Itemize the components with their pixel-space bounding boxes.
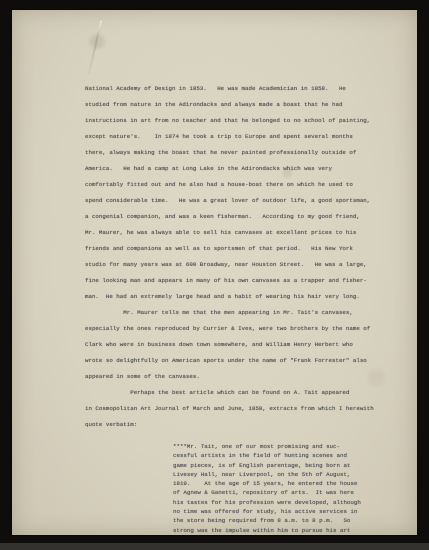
text-line: appeared in some of the canvases. [85, 369, 385, 385]
text-line: Livesey Hall, near Liverpool, on the 5th… [173, 470, 373, 479]
text-line: a congenial companion, and was a keen fi… [85, 209, 385, 225]
text-line: of Agnew & Ganetti, repository of arts. … [173, 488, 373, 497]
text-line: man. He had an extremely large head and … [85, 289, 385, 305]
text-line: his tastes for his profession were devel… [173, 498, 373, 507]
text-line: Mr. Maurer tells me that the men appeari… [85, 305, 385, 321]
manuscript-page: National Academy of Design in 1853. He w… [12, 10, 417, 535]
text-line: in Cosmopolitan Art Journal of March and… [85, 401, 385, 417]
text-line: except nature's. In 1874 he took a trip … [85, 129, 385, 145]
text-line: studied from nature in the Adirondacks a… [85, 97, 385, 113]
scan-viewer: National Academy of Design in 1853. He w… [0, 0, 429, 550]
text-line: quote verbatim: [85, 417, 385, 433]
text-line: Clark who were in business down town som… [85, 337, 385, 353]
typed-body-text: National Academy of Design in 1853. He w… [85, 81, 385, 433]
text-line: no time was offered for study, his activ… [173, 507, 373, 516]
text-line: game pieces, is of English parentage, be… [173, 461, 373, 470]
text-line: wrote so delightfully on American sports… [85, 353, 385, 369]
text-line: ****Mr. Tait, one of our most promising … [173, 442, 373, 451]
text-line: fine looking man and appears in many of … [85, 273, 385, 289]
text-line: America. He had a camp at Long Lake in t… [85, 161, 385, 177]
text-line: the store being required from 8 a.m. to … [173, 516, 373, 525]
scanner-mat-strip [0, 543, 429, 550]
text-line: cessful artists in the field of hunting … [173, 451, 373, 460]
typed-blockquote-text: ****Mr. Tait, one of our most promising … [173, 442, 373, 535]
text-line: comfortably fitted out and he also had a… [85, 177, 385, 193]
text-line: Perhaps the best article which can be fo… [85, 385, 385, 401]
text-line: spend considerable time. He was a great … [85, 193, 385, 209]
text-line: studio for many years was at 600 Broadwa… [85, 257, 385, 273]
text-line: especially the ones reproduced by Currie… [85, 321, 385, 337]
text-line: strong was the impulse within him to pur… [173, 526, 373, 535]
text-line: 1819. At the age of 15 years, he entered… [173, 479, 373, 488]
text-line: Mr. Maurer, he was always able to sell h… [85, 225, 385, 241]
paper-crease [88, 20, 102, 74]
text-line: National Academy of Design in 1853. He w… [85, 81, 385, 97]
text-line: instructions in art from no teacher and … [85, 113, 385, 129]
text-line: there, always making the boast that he n… [85, 145, 385, 161]
text-line: friends and companions as well as to spo… [85, 241, 385, 257]
